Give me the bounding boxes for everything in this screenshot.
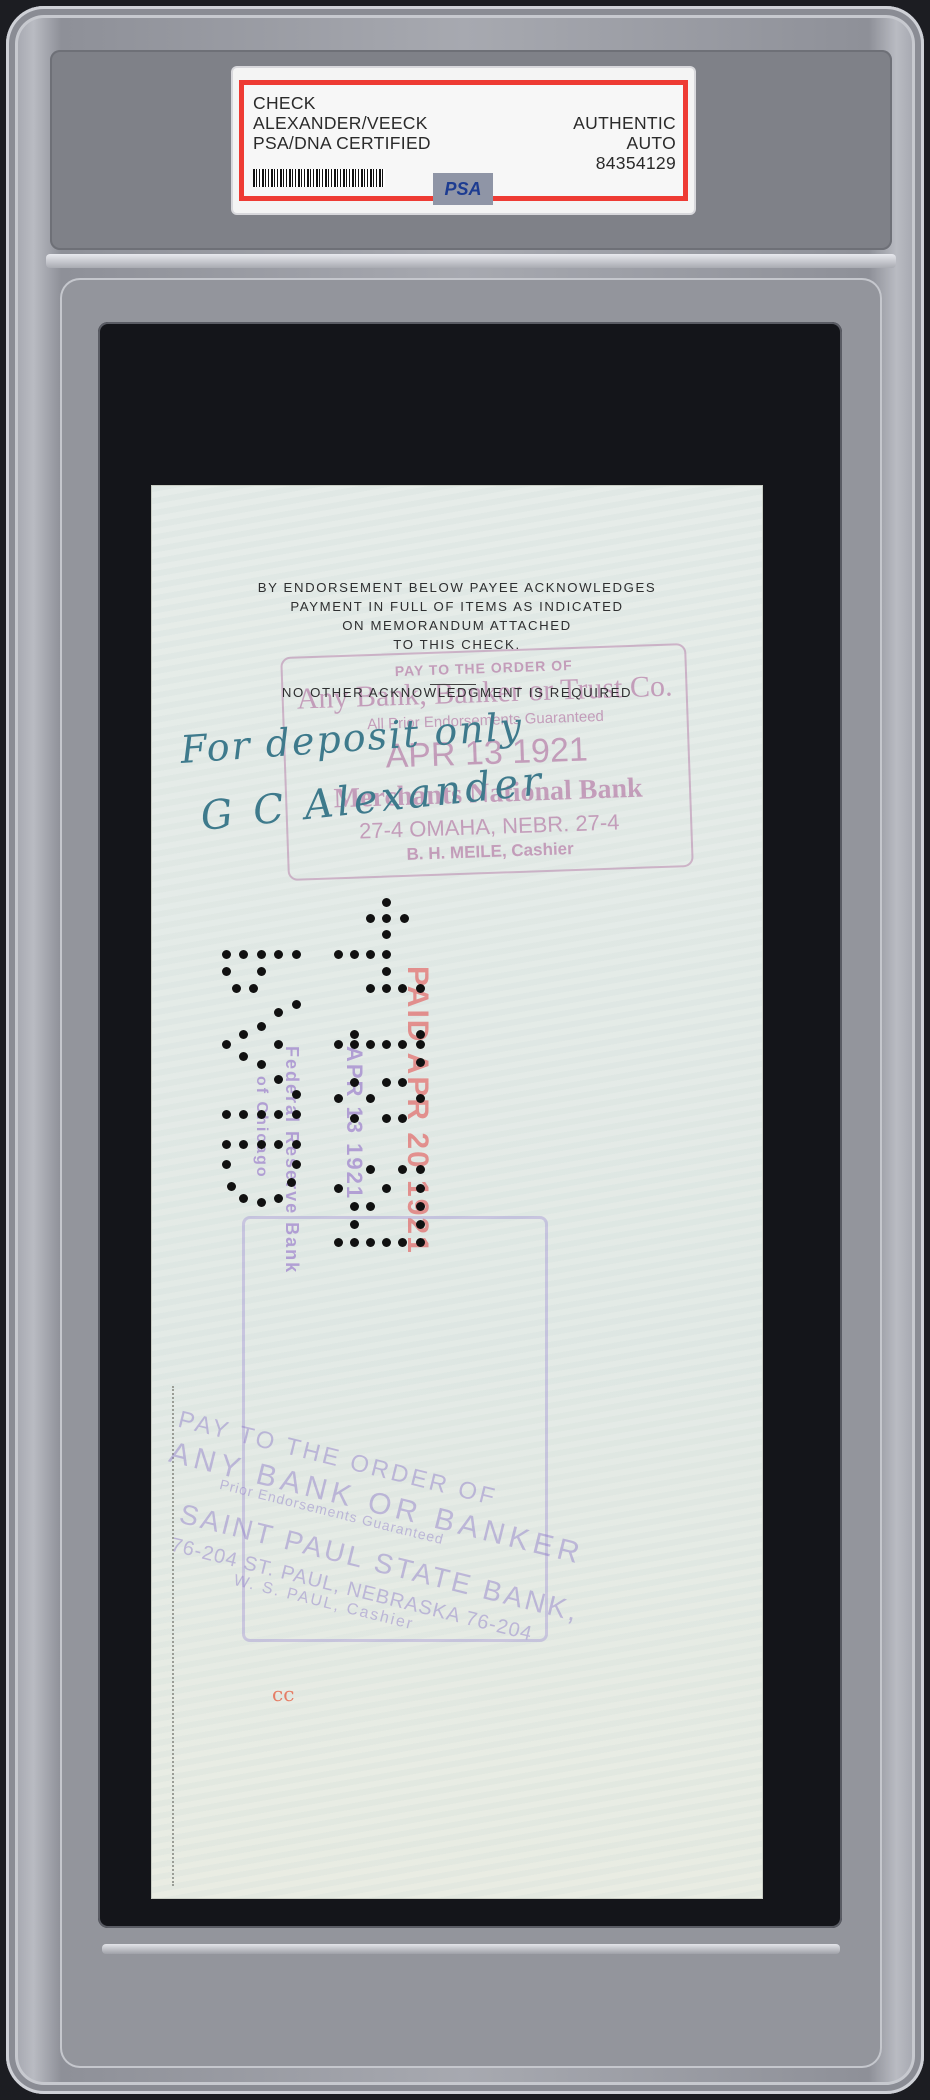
perforation-hole <box>398 1165 407 1174</box>
perforation-hole <box>292 1160 301 1169</box>
perforation-hole <box>382 1078 391 1087</box>
perforation-hole <box>416 1165 425 1174</box>
endorsement-stamp-merchants: PAY TO THE ORDER OF Any Bank, Banker or … <box>280 643 694 881</box>
slab-bottom-ridge <box>102 1944 840 1954</box>
perforation-hole <box>350 1030 359 1039</box>
perforation-hole <box>222 1160 231 1169</box>
psa-cert-label: CHECK ALEXANDER/VEECK PSA/DNA CERTIFIED … <box>233 68 694 213</box>
perforation-hole <box>334 1184 343 1193</box>
notice-footer: NO OTHER ACKNOWLEDGMENT IS REQUIRED <box>152 683 762 702</box>
perforation-hole <box>334 1040 343 1049</box>
perforation-hole <box>257 1110 266 1119</box>
notice-line: PAYMENT IN FULL OF ITEMS AS INDICATED <box>152 597 762 616</box>
perforation-hole <box>222 1140 231 1149</box>
perforation-hole <box>239 1110 248 1119</box>
perforation-hole <box>416 1094 425 1103</box>
label-grade-type: AUTO <box>573 133 676 153</box>
perforation-hole <box>334 1238 343 1247</box>
perforation-hole <box>398 984 407 993</box>
perforation-hole <box>292 1110 301 1119</box>
perforation-hole <box>257 1060 266 1069</box>
perforation-hole <box>239 1140 248 1149</box>
perforation-hole <box>292 1090 301 1099</box>
perforation-hole <box>334 1094 343 1103</box>
perforation-hole <box>257 1140 266 1149</box>
perforation-hole <box>257 950 266 959</box>
perforation-hole <box>227 1182 236 1191</box>
perforation-hole <box>249 984 258 993</box>
slab-ridge <box>46 254 896 268</box>
label-item-type: CHECK <box>253 93 431 113</box>
perforation-hole <box>232 984 241 993</box>
perforation-hole <box>416 1030 425 1039</box>
perforation-hole <box>366 914 375 923</box>
perforation-hole <box>398 1040 407 1049</box>
label-right-text: AUTHENTIC AUTO 84354129 <box>573 113 676 173</box>
perforation-hole <box>416 1040 425 1049</box>
perforation-hole <box>416 1238 425 1247</box>
perforation-hole <box>382 950 391 959</box>
notice-line: BY ENDORSEMENT BELOW PAYEE ACKNOWLEDGES <box>152 578 762 597</box>
perforation-hole <box>350 1040 359 1049</box>
perforation-hole <box>382 984 391 993</box>
endorsement-notice: BY ENDORSEMENT BELOW PAYEE ACKNOWLEDGES … <box>152 578 762 654</box>
perforation-hole <box>366 1202 375 1211</box>
perforation-hole <box>382 914 391 923</box>
perforation-hole <box>416 1058 425 1067</box>
perforation-hole <box>416 984 425 993</box>
perforation-hole <box>366 950 375 959</box>
perforation-hole <box>398 1238 407 1247</box>
label-left-text: CHECK ALEXANDER/VEECK PSA/DNA CERTIFIED <box>253 93 431 153</box>
perforation-hole <box>416 1184 425 1193</box>
notice-line: ON MEMORANDUM ATTACHED <box>152 616 762 635</box>
perforation-hole <box>239 1030 248 1039</box>
perforation-hole <box>350 1220 359 1229</box>
perforation-hole <box>274 950 283 959</box>
perforation-hole <box>287 1178 296 1187</box>
paid-stamp-red: PAID APR 20 1921 <box>400 966 434 1255</box>
perforation-hole <box>350 950 359 959</box>
perforation-hole <box>274 1040 283 1049</box>
perforation-hole <box>239 950 248 959</box>
perforation-hole <box>366 1238 375 1247</box>
psa-logo: PSA <box>433 173 493 205</box>
perforation-hole <box>366 984 375 993</box>
perforation-hole <box>350 1114 359 1123</box>
perforation-hole <box>239 1052 248 1061</box>
perforation-hole <box>257 1198 266 1207</box>
perforation-hole <box>274 1140 283 1149</box>
perforation-hole <box>366 1040 375 1049</box>
perforation-hole <box>416 1220 425 1229</box>
perforation-hole <box>292 950 301 959</box>
perforation-hole <box>400 914 409 923</box>
perforation-hole <box>222 1110 231 1119</box>
perforation-hole <box>350 1078 359 1087</box>
perforation-hole <box>366 1094 375 1103</box>
perforation-hole <box>292 1000 301 1009</box>
perforation-hole <box>398 1078 407 1087</box>
vertical-stamp-line: of Chicago <box>252 1076 270 1179</box>
perforation-hole <box>382 898 391 907</box>
perforation-hole <box>382 1114 391 1123</box>
perforation-hole <box>350 1238 359 1247</box>
perforation-hole <box>274 1194 283 1203</box>
perforation-hole <box>350 1202 359 1211</box>
vertical-stamp-date: APR 13 1921 <box>341 1046 367 1200</box>
check-document: PAY TO THE ORDER OF Any Bank, Banker or … <box>152 486 762 1898</box>
perforation-hole <box>222 1040 231 1049</box>
perforation-hole <box>382 930 391 939</box>
perforation-hole <box>382 1238 391 1247</box>
perforation-hole <box>274 1110 283 1119</box>
perforation-hole <box>382 1040 391 1049</box>
perforation-hole <box>398 1114 407 1123</box>
notice-line: TO THIS CHECK. <box>152 635 762 654</box>
barcode-icon <box>253 169 385 187</box>
label-certification: PSA/DNA CERTIFIED <box>253 133 431 153</box>
perforation-hole <box>366 1165 375 1174</box>
perforation-hole <box>416 1202 425 1211</box>
label-cert-number: 84354129 <box>573 153 676 173</box>
perforation-hole <box>257 967 266 976</box>
perforation-hole <box>257 1022 266 1031</box>
perforation-hole <box>274 1008 283 1017</box>
perforation-hole <box>222 967 231 976</box>
perforation-hole <box>292 1140 301 1149</box>
perforation-hole <box>382 967 391 976</box>
perforation-hole <box>382 1184 391 1193</box>
red-pencil-mark: cc <box>272 1682 294 1706</box>
perforation-hole <box>274 1075 283 1084</box>
label-grade: AUTHENTIC <box>573 113 676 133</box>
perforation-hole <box>334 950 343 959</box>
perforation-hole <box>239 1194 248 1203</box>
label-subject: ALEXANDER/VEECK <box>253 113 431 133</box>
perforation-hole <box>222 950 231 959</box>
